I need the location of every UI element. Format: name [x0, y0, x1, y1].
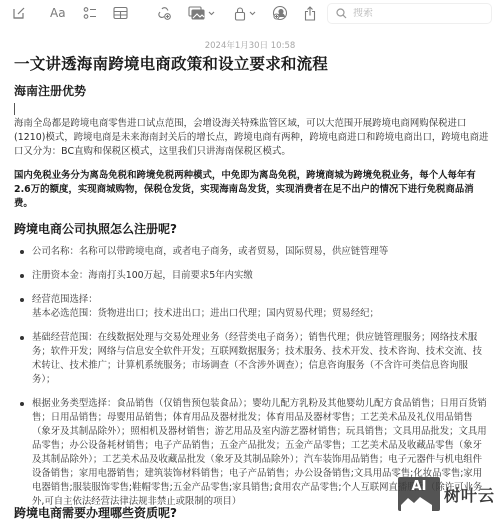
license-bullet-list: 公司名称：名称可以带跨境电商，或者电子商务，或者贸易，国际贸易，供应链管理等 注…: [14, 245, 490, 509]
list-item-business-scope: 经营范围选择： 基本必选范围：货物进出口；技术进出口；进出口代理；国内贸易代理；…: [14, 293, 490, 321]
paragraph-advantages: 海南全岛都是跨境电商零售进口试点范围，会增设海关特殊监管区域，可以大范围开展跨境…: [14, 117, 490, 159]
share-collab-icon[interactable]: [272, 5, 288, 21]
share-icon[interactable]: [304, 5, 316, 21]
watermark-badge: AI: [412, 479, 427, 494]
toolbar: Aa: [0, 0, 500, 28]
watermark: AI 树叶云: [398, 476, 500, 512]
lock-icon[interactable]: [234, 5, 256, 21]
section-heading-advantages: 海南注册优势: [14, 83, 490, 99]
list-item-basic-scope: 基础经营范围：在线数据处理与交易处理业务（经营类电子商务）；销售代理；供应链管理…: [14, 331, 490, 387]
compose-icon[interactable]: [12, 5, 26, 21]
note-timestamp: 2024年1月30日 10:58: [0, 39, 500, 51]
note-body[interactable]: 一文讲透海南跨境电商政策和设立要求和流程 海南注册优势 海南全岛都是跨境电商零售…: [14, 54, 490, 519]
section-heading-license: 跨境电商公司执照怎么注册呢?: [14, 221, 490, 237]
list-item-company-name: 公司名称：名称可以带跨境电商，或者电子商务，或者贸易，国际贸易，供应链管理等: [14, 245, 490, 259]
note-title: 一文讲透海南跨境电商政策和设立要求和流程: [14, 54, 490, 74]
watermark-logo: AI: [398, 477, 440, 511]
list-item-registered-capital: 注册资本金：海南打头100万起，目前要求5年内实缴: [14, 269, 490, 283]
section-heading-qualifications: 跨境电商需要办理哪些资质呢?: [14, 505, 177, 521]
paragraph-duty-free: 国内免税业务分为离岛免税和跨境免税两种模式，中免即为离岛免税，跨境商城为跨境免税…: [14, 169, 490, 211]
checklist-icon[interactable]: [83, 5, 97, 21]
search-box[interactable]: [327, 3, 492, 24]
collaborate-icon[interactable]: [156, 5, 172, 21]
table-icon[interactable]: [113, 5, 128, 21]
media-icon[interactable]: [188, 5, 215, 21]
search-icon: [336, 8, 347, 19]
format-text-icon[interactable]: Aa: [50, 5, 66, 21]
text-cursor: [14, 103, 15, 115]
watermark-text: 树叶云: [444, 483, 495, 506]
search-input[interactable]: [353, 8, 483, 19]
